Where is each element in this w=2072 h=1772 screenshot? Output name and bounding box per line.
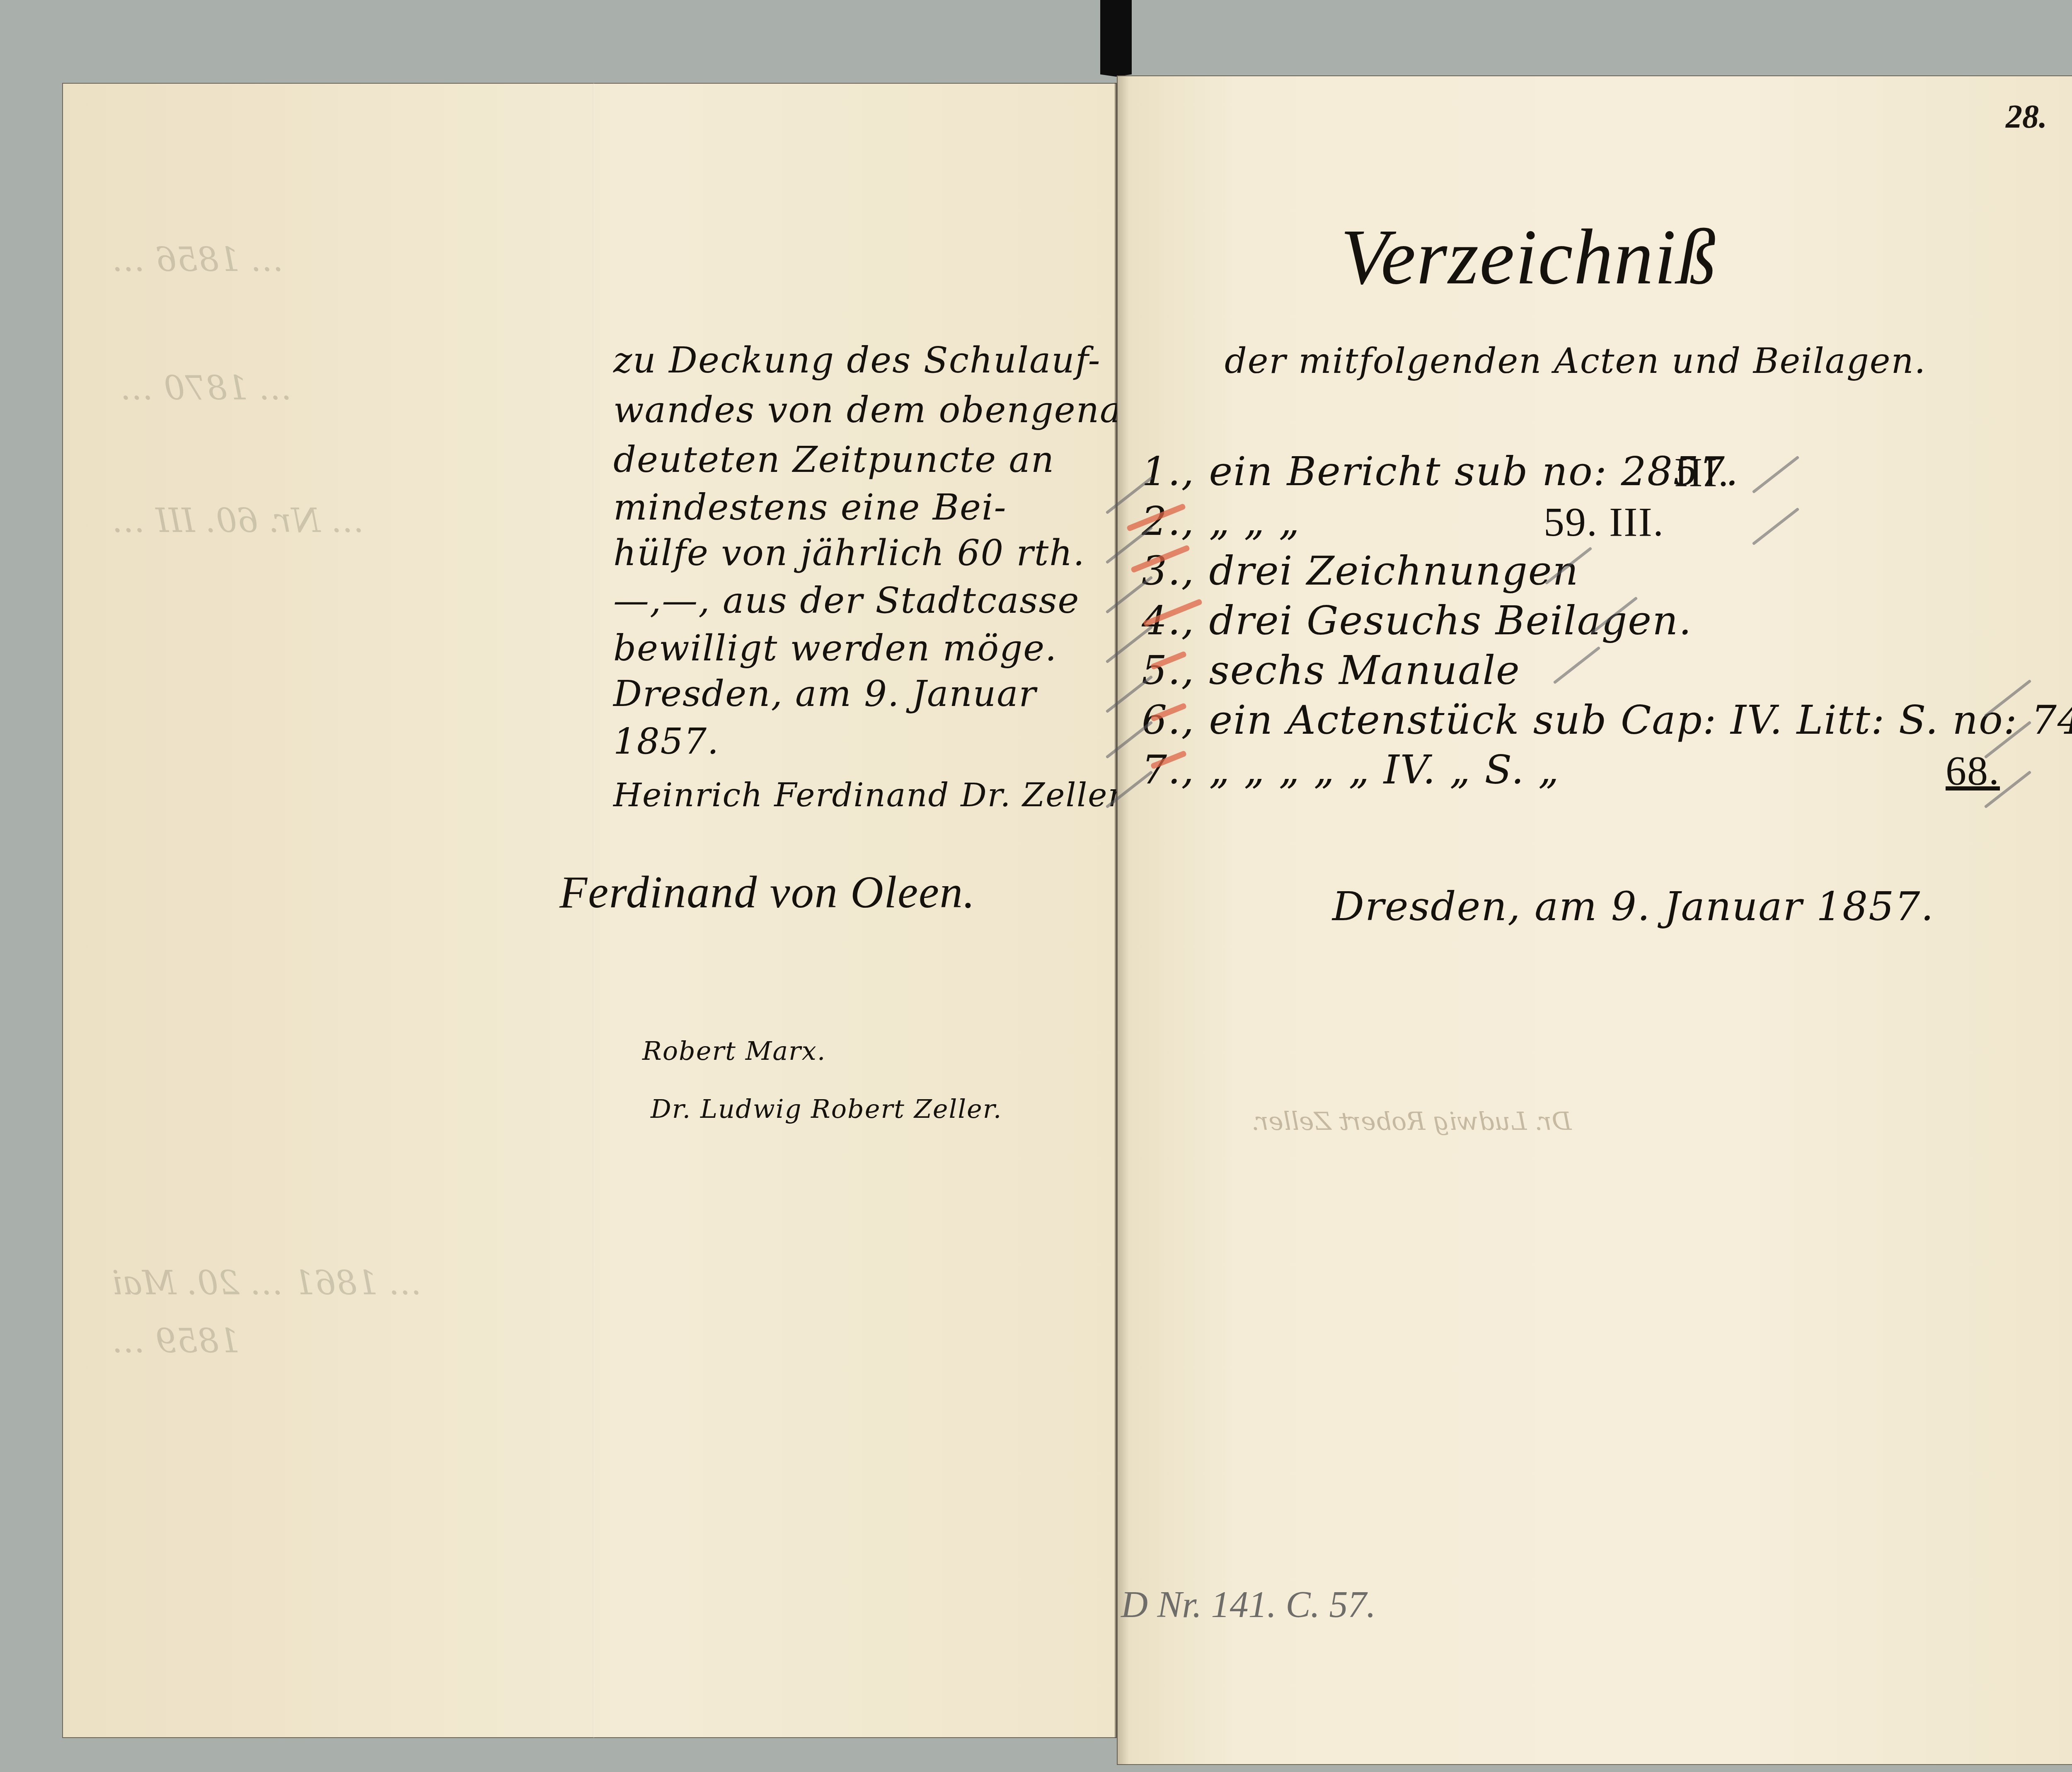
item-number: 5., — [1142, 647, 1196, 694]
item-text: drei Zeichnungen — [1209, 548, 1579, 594]
pencil-check-mark — [1752, 508, 1800, 546]
list-item: 5., sechs Manuale — [1142, 647, 1520, 694]
body-line: deuteten Zeitpuncte an — [613, 439, 1055, 481]
bleed-through-line: … 1861 … 20. Mai — [112, 1264, 422, 1302]
item-text: sechs Manuale — [1209, 647, 1520, 694]
bleed-through-line: 1859 … — [112, 1322, 240, 1360]
body-line: zu Deckung des Schulauf- — [613, 340, 1101, 381]
item-text: „ „ „ „ „ IV. „ S. „ — [1209, 747, 1560, 793]
item-number: 1., — [1142, 448, 1196, 495]
item-number: 6., — [1142, 697, 1196, 743]
list-item: 6., ein Actenstück sub Cap: IV. Litt: S.… — [1142, 697, 2072, 743]
archive-mark: D Nr. 141. C. 57. — [1121, 1583, 1376, 1626]
bleed-through-line: … Nr. 60. III … — [112, 501, 364, 540]
year-line: 1857. — [613, 721, 719, 762]
offset-signature: Dr. Ludwig Robert Zeller. — [1251, 1107, 1572, 1136]
list-item: 1., ein Bericht sub no: 2857. — [1142, 448, 1739, 495]
signature: Ferdinand von Oleen. — [559, 866, 975, 919]
page-number: 28. — [2006, 98, 2047, 136]
body-line: wandes von dem obengenann- — [613, 389, 1182, 431]
item-text: ein Actenstück sub Cap: IV. Litt: S. no:… — [1209, 697, 2072, 743]
date-line: Dresden, am 9. Januar 1857. — [1332, 883, 1934, 930]
left-page: … 1856 … … 1870 … … Nr. 60. III … … 1861… — [62, 83, 1117, 1738]
list-item: 7., „ „ „ „ „ IV. „ S. „ — [1142, 747, 1560, 793]
body-line: hülfe von jährlich 60 rth. — [613, 532, 1085, 574]
pencil-check-mark — [1752, 456, 1800, 494]
body-line: mindestens eine Bei- — [613, 487, 1007, 528]
body-line: —,—, aus der Stadtcasse — [613, 580, 1080, 621]
signature: Robert Marx. — [642, 1036, 826, 1066]
page-gutter — [1117, 75, 1129, 1765]
signature: Heinrich Ferdinand Dr. Zeller. — [613, 777, 1132, 814]
item-text: drei Gesuchs Beilagen. — [1209, 597, 1692, 644]
item-text: ein Bericht sub no: 2857. — [1209, 448, 1739, 495]
pencil-check-mark — [1553, 646, 1601, 684]
body-line: bewilligt werden möge. — [613, 628, 1057, 669]
bleed-through-line: … 1856 … — [112, 240, 283, 279]
item-text: „ „ „ — [1209, 498, 1300, 544]
right-page: 28. Verzeichniß der mitfolgenden Acten u… — [1117, 75, 2072, 1765]
list-item: 3., drei Zeichnungen — [1142, 548, 1579, 594]
binding-strip — [1100, 0, 1132, 77]
item-ref: III. — [1674, 448, 1729, 496]
bleed-through-line: … 1870 … — [120, 369, 292, 407]
date-line: Dresden, am 9. Januar — [613, 673, 1037, 715]
signature: Dr. Ludwig Robert Zeller. — [651, 1094, 1002, 1124]
item-ref: 59. III. — [1544, 498, 1664, 546]
page-subtitle: der mitfolgenden Acten und Beilagen. — [1225, 341, 1926, 381]
list-item: 2., „ „ „ — [1142, 498, 1300, 544]
item-number: 7., — [1142, 747, 1196, 793]
page-title: Verzeichniß — [1341, 212, 1717, 302]
